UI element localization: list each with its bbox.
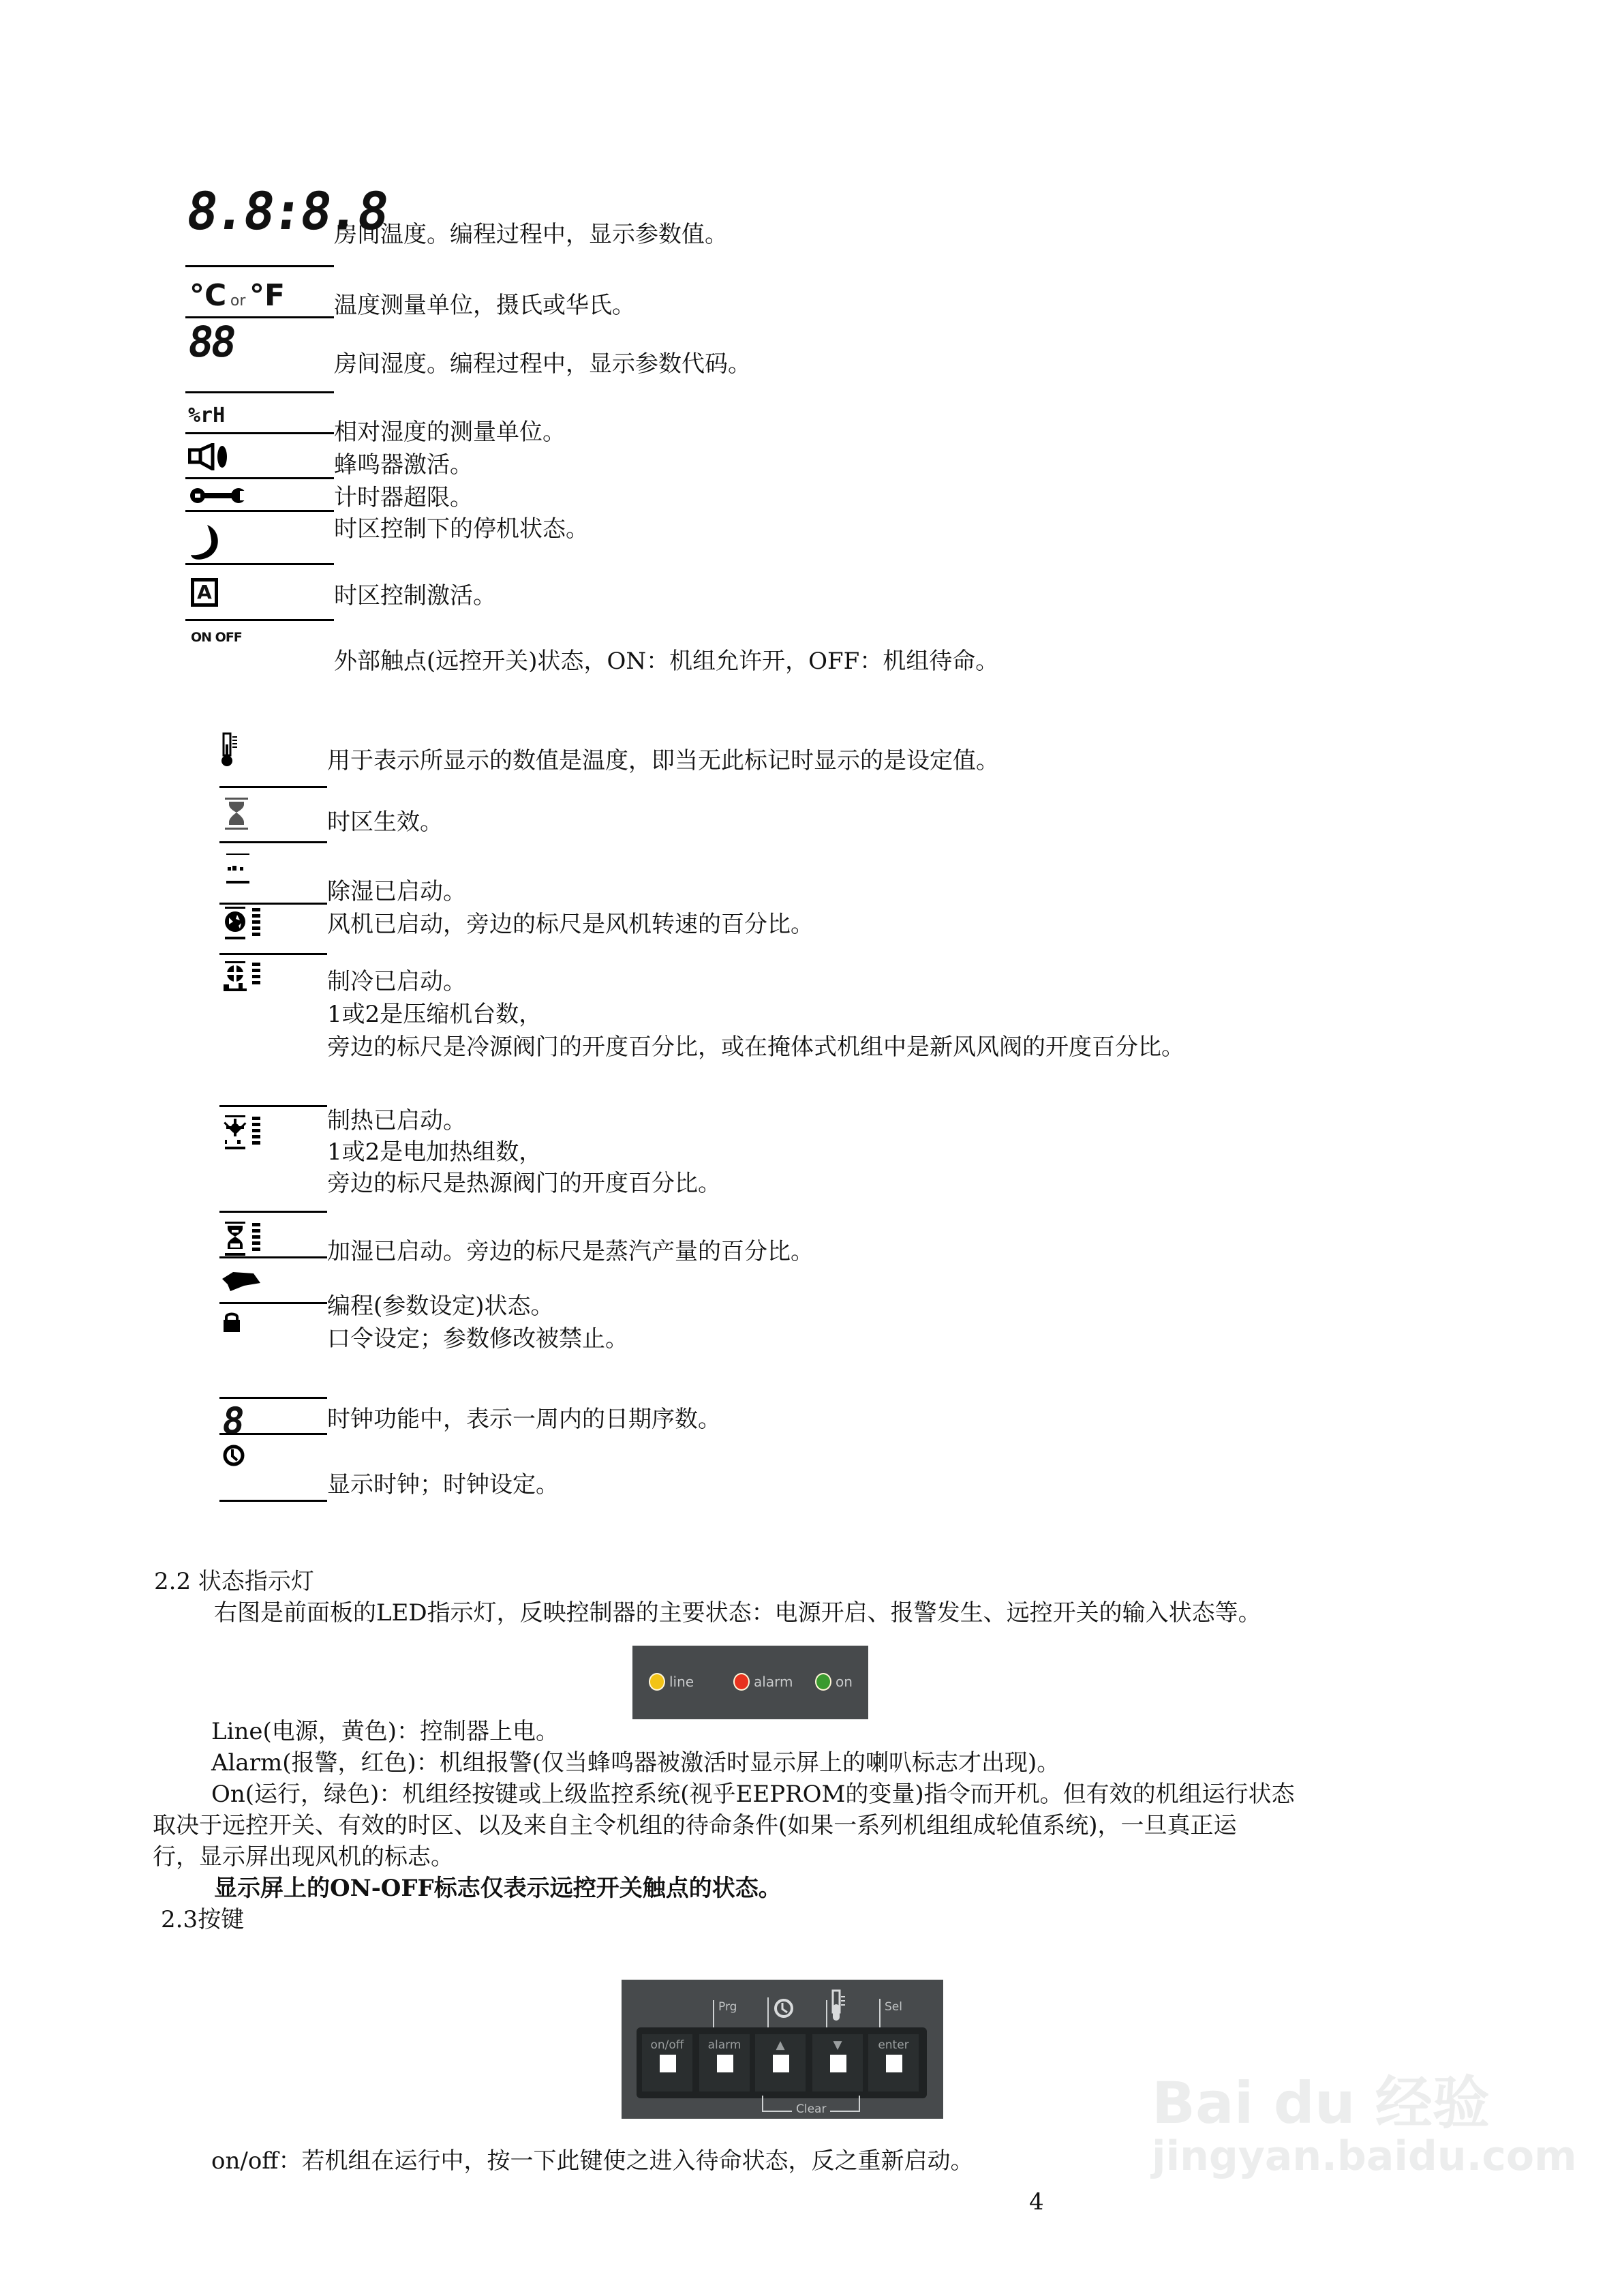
thermometer-icon bbox=[221, 732, 239, 768]
key-row: on/off alarm ▲ ▼ enter bbox=[637, 2027, 927, 2098]
divider bbox=[219, 1105, 327, 1107]
symbol-description: 编程(参数设定)状态。 bbox=[327, 1293, 554, 1320]
sel-label: Sel bbox=[885, 2000, 902, 2014]
enter-key[interactable]: enter bbox=[868, 2034, 919, 2091]
paragraph: 行，显示屏出现风机的标志。 bbox=[153, 1843, 454, 1871]
divider bbox=[185, 563, 334, 565]
section-heading: 2.2 状态指示灯 bbox=[154, 1568, 314, 1595]
day-digit-icon: 8 bbox=[219, 1402, 245, 1441]
symbol-description: 1或2是电加热组数， bbox=[327, 1138, 542, 1166]
symbol-description: 用于表示所显示的数值是温度，即当无此标记时显示的是设定值。 bbox=[327, 747, 999, 774]
led-on: on bbox=[815, 1673, 853, 1691]
divider bbox=[219, 1302, 327, 1304]
led-panel-image: line alarm on bbox=[632, 1646, 868, 1719]
led-alarm: alarm bbox=[733, 1673, 793, 1691]
wrench-icon bbox=[189, 485, 247, 506]
symbol-description: 1或2是压缩机台数， bbox=[327, 1001, 542, 1028]
heating-icon bbox=[222, 1115, 263, 1151]
alarm-key[interactable]: alarm bbox=[699, 2034, 750, 2091]
symbol-description: 制热已启动。 bbox=[327, 1107, 466, 1134]
up-key[interactable]: ▲ bbox=[755, 2034, 806, 2091]
divider bbox=[185, 391, 334, 393]
lock-icon bbox=[222, 1310, 241, 1333]
symbol-description: 外部触点(远控开关)状态，ON：机组允许开，OFF：机组待命。 bbox=[334, 648, 998, 675]
symbol-description: 加湿已启动。旁边的标尺是蒸汽产量的百分比。 bbox=[327, 1238, 814, 1265]
celsius-fahrenheit-icon: °C or °F bbox=[189, 278, 285, 313]
symbol-description: 显示时钟；时钟设定。 bbox=[327, 1471, 559, 1498]
paragraph: 显示屏上的ON-OFF标志仅表示远控开关触点的状态。 bbox=[214, 1875, 782, 1902]
humidify-icon bbox=[222, 1222, 263, 1257]
divider bbox=[219, 903, 327, 905]
prg-label: Prg bbox=[718, 2000, 737, 2014]
divider bbox=[219, 1500, 327, 1502]
divider bbox=[219, 1397, 327, 1399]
led-on-icon bbox=[815, 1673, 831, 1691]
divider bbox=[219, 841, 327, 843]
divider bbox=[219, 1256, 327, 1258]
divider bbox=[185, 477, 334, 479]
keypad-image: Prg Sel on/off alarm ▲ ▼ bbox=[622, 1980, 943, 2119]
moon-icon bbox=[189, 524, 225, 562]
symbol-description: 旁边的标尺是冷源阀门的开度百分比，或在掩体式机组中是新风风阀的开度百分比。 bbox=[327, 1033, 1184, 1061]
clock-icon bbox=[222, 1444, 245, 1467]
page-number: 4 bbox=[1029, 2188, 1044, 2216]
buzzer-icon bbox=[188, 443, 232, 470]
relative-humidity-icon: %rH bbox=[188, 404, 225, 427]
symbol-description: 时钟功能中，表示一周内的日期序数。 bbox=[327, 1406, 721, 1433]
cooling-icon bbox=[222, 961, 263, 991]
clock-label-icon bbox=[773, 1997, 795, 2019]
symbol-description: 口令设定；参数修改被禁止。 bbox=[327, 1325, 628, 1353]
symbol-description: 计时器超限。 bbox=[334, 484, 473, 511]
divider bbox=[219, 1433, 327, 1435]
paragraph: Line(电源，黄色)：控制器上电。 bbox=[211, 1718, 559, 1745]
symbol-description: 制冷已启动。 bbox=[327, 968, 466, 995]
led-alarm-icon bbox=[733, 1673, 750, 1691]
down-key[interactable]: ▼ bbox=[812, 2034, 863, 2091]
arrow-down-icon: ▼ bbox=[812, 2038, 863, 2052]
symbol-description: 房间湿度。编程过程中，显示参数代码。 bbox=[334, 350, 751, 378]
divider bbox=[185, 619, 334, 621]
divider bbox=[185, 265, 334, 267]
fan-icon bbox=[222, 905, 263, 942]
paragraph: 取决于远控开关、有效的时区、以及来自主令机组的待命条件(如果一系列机组组成轮值系… bbox=[153, 1812, 1237, 1839]
symbol-description: 房间温度。编程过程中，显示参数值。 bbox=[334, 221, 728, 248]
baidu-watermark: Bai du 经验 jingyan.baidu.com bbox=[1152, 2072, 1577, 2179]
paragraph: 右图是前面板的LED指示灯，反映控制器的主要状态：电源开启、报警发生、远控开关的… bbox=[214, 1599, 1261, 1627]
divider bbox=[219, 786, 327, 788]
divider bbox=[219, 953, 327, 955]
timezone-active-icon bbox=[225, 798, 249, 830]
symbol-description: 时区生效。 bbox=[327, 809, 443, 836]
arrow-up-icon: ▲ bbox=[755, 2038, 806, 2052]
clear-label: Clear bbox=[792, 2102, 830, 2116]
divider bbox=[219, 1211, 327, 1213]
paragraph: Alarm(报警，红色)：机组报警(仅当蜂鸣器被激活时显示屏上的喇叭标志才出现)… bbox=[211, 1749, 1060, 1777]
symbol-description: 相对湿度的测量单位。 bbox=[334, 419, 566, 446]
divider bbox=[185, 510, 334, 512]
symbol-description: 时区控制下的停机状态。 bbox=[334, 515, 589, 543]
auto-timezone-icon: A bbox=[191, 578, 218, 607]
section-heading: 2.3按键 bbox=[161, 1906, 244, 1933]
on-off-icon: ON OFF bbox=[191, 630, 242, 645]
on-off-key[interactable]: on/off bbox=[642, 2034, 692, 2091]
divider bbox=[185, 432, 334, 434]
symbol-description: 温度测量单位，摄氏或华氏。 bbox=[334, 292, 635, 319]
symbol-description: 时区控制激活。 bbox=[334, 582, 496, 609]
symbol-description: 旁边的标尺是热源阀门的开度百分比。 bbox=[327, 1170, 721, 1197]
symbol-description: 蜂鸣器激活。 bbox=[334, 451, 473, 479]
led-line: line bbox=[649, 1673, 694, 1691]
two-digit-display-icon: 88 bbox=[185, 320, 237, 364]
dehumidify-icon bbox=[225, 852, 252, 885]
paragraph: on/off：若机组在运行中，按一下此键使之进入待命状态，反之重新启动。 bbox=[211, 2147, 973, 2175]
programming-icon bbox=[221, 1271, 262, 1293]
symbol-description: 除湿已启动。 bbox=[327, 878, 466, 905]
thermometer-label-icon bbox=[830, 1989, 846, 2023]
led-line-icon bbox=[649, 1673, 665, 1691]
symbol-description: 风机已启动，旁边的标尺是风机转速的百分比。 bbox=[327, 911, 814, 938]
paragraph: On(运行，绿色)：机组经按键或上级监控系统(视乎EEPROM的变量)指令而开机… bbox=[211, 1781, 1295, 1808]
